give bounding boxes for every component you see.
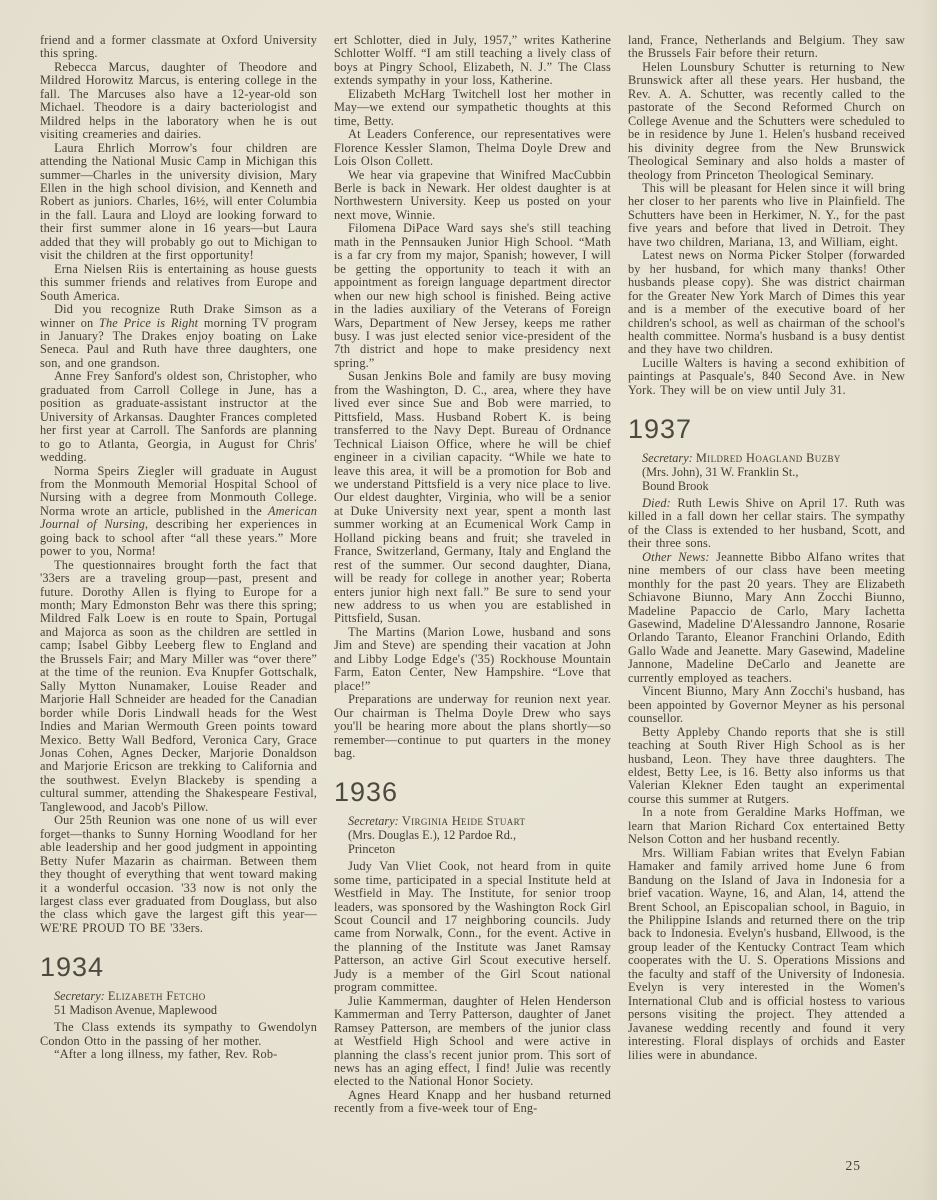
smallcaps-name: Virginia Heide Stuart — [402, 814, 526, 828]
italic-run: The Price is Right — [99, 316, 198, 330]
text-run: This will be pleasant for Helen since it… — [628, 181, 905, 249]
paragraph: Vincent Biunno, Mary Ann Zocchi's husban… — [628, 685, 905, 725]
text-run: Bound Brook — [642, 479, 709, 493]
secretary-line: Princeton — [334, 843, 611, 857]
secretary-line: 51 Madison Avenue, Maplewood — [40, 1004, 317, 1018]
secretary-block: Secretary: Elizabeth Fetcho51 Madison Av… — [40, 990, 317, 1018]
paragraph: Laura Ehrlich Morrow's four children are… — [40, 142, 317, 263]
year-heading-1937: 1937 — [628, 414, 905, 445]
paragraph: Susan Jenkins Bole and family are busy m… — [334, 370, 611, 626]
paragraph: The Class extends its sympathy to Gwendo… — [40, 1021, 317, 1048]
paragraph: Rebecca Marcus, daughter of Theodore and… — [40, 61, 317, 142]
paragraph: Erna Nielsen Riis is entertaining as hou… — [40, 263, 317, 303]
text-run: Anne Frey Sanford's oldest son, Christop… — [40, 369, 317, 464]
paragraph: Judy Van Vliet Cook, not heard from in q… — [334, 860, 611, 995]
paragraph: Filomena DiPace Ward says she's still te… — [334, 222, 611, 370]
paragraph: Did you recognize Ruth Drake Simson as a… — [40, 303, 317, 370]
text-run: land, France, Netherlands and Belgium. T… — [628, 33, 905, 60]
italic-run: Other News: — [642, 550, 716, 564]
page-edge-shade — [921, 0, 937, 1200]
text-run: Preparations are underway for reunion ne… — [334, 692, 611, 760]
italic-run: Secretary: — [642, 451, 696, 465]
smallcaps-name: Mildred Hoagland Buzby — [696, 451, 841, 465]
text-run: We hear via grapevine that Winifred MacC… — [334, 168, 611, 222]
text-run: 51 Madison Avenue, Maplewood — [54, 1003, 217, 1017]
text-run: Helen Lounsbury Schutter is returning to… — [628, 60, 905, 182]
secretary-line: (Mrs. Douglas E.), 12 Pardoe Rd., — [334, 829, 611, 843]
smallcaps-name: Elizabeth Fetcho — [108, 989, 206, 1003]
paragraph: Mrs. William Fabian writes that Evelyn F… — [628, 847, 905, 1062]
paragraph: The questionnaires brought forth the fac… — [40, 559, 317, 815]
text-run: Our 25th Reunion was one none of us will… — [40, 813, 317, 935]
text-run: (Mrs. Douglas E.), 12 Pardoe Rd., — [348, 828, 516, 842]
text-run: Lucille Walters is having a second exhib… — [628, 356, 905, 397]
paragraph: Helen Lounsbury Schutter is returning to… — [628, 61, 905, 182]
text-run: Princeton — [348, 842, 395, 856]
paragraph: Agnes Heard Knapp and her husband return… — [334, 1089, 611, 1116]
paragraph: Died: Ruth Lewis Shive on April 17. Ruth… — [628, 497, 905, 551]
text-run: Judy Van Vliet Cook, not heard from in q… — [334, 859, 611, 994]
text-run: Jeannette Bibbo Alfano writes that nine … — [628, 550, 905, 685]
italic-run: Secretary: — [54, 989, 108, 1003]
paragraph: At Leaders Conference, our representativ… — [334, 128, 611, 168]
text-run: (Mrs. John), 31 W. Franklin St., — [642, 465, 798, 479]
year-heading-1934: 1934 — [40, 952, 317, 983]
secretary-block: Secretary: Virginia Heide Stuart(Mrs. Do… — [334, 815, 611, 857]
paragraph: We hear via grapevine that Winifred MacC… — [334, 169, 611, 223]
text-run: Betty Appleby Chando reports that she is… — [628, 725, 905, 806]
secretary-line: Secretary: Elizabeth Fetcho — [40, 990, 317, 1004]
paragraph: Our 25th Reunion was one none of us will… — [40, 814, 317, 935]
secretary-line: Bound Brook — [628, 480, 905, 494]
page-number: 25 — [846, 1158, 862, 1174]
paragraph: Latest news on Norma Picker Stolper (for… — [628, 249, 905, 357]
text-run: Julie Kammerman, daughter of Helen Hende… — [334, 994, 611, 1089]
text-run: ert Schlotter, died in July, 1957,” writ… — [334, 33, 611, 87]
magazine-page: friend and a former classmate at Oxford … — [0, 0, 937, 1200]
text-run: “After a long illness, my father, Rev. R… — [54, 1047, 277, 1061]
text-run: Filomena DiPace Ward says she's still te… — [334, 221, 611, 370]
text-run: Vincent Biunno, Mary Ann Zocchi's husban… — [628, 684, 905, 725]
text-run: Susan Jenkins Bole and family are busy m… — [334, 369, 611, 625]
paragraph: Preparations are underway for reunion ne… — [334, 693, 611, 760]
text-run: The questionnaires brought forth the fac… — [40, 558, 317, 814]
paragraph: Norma Speirs Ziegler will graduate in Au… — [40, 465, 317, 559]
text-run: In a note from Geraldine Marks Hoffman, … — [628, 805, 905, 846]
text-run: Mrs. William Fabian writes that Evelyn F… — [628, 846, 905, 1062]
text-run: Elizabeth McHarg Twitchell lost her moth… — [334, 87, 611, 128]
paragraph: Anne Frey Sanford's oldest son, Christop… — [40, 370, 317, 464]
italic-run: Secretary: — [348, 814, 402, 828]
text-run: Rebecca Marcus, daughter of Theodore and… — [40, 60, 317, 141]
text-columns: friend and a former classmate at Oxford … — [40, 34, 906, 1116]
text-run: The Martins (Marion Lowe, husband and so… — [334, 625, 611, 693]
year-heading-1936: 1936 — [334, 777, 611, 808]
paragraph: This will be pleasant for Helen since it… — [628, 182, 905, 249]
italic-run: Died: — [642, 496, 677, 510]
paragraph: land, France, Netherlands and Belgium. T… — [628, 34, 905, 61]
text-run: The Class extends its sympathy to Gwendo… — [40, 1020, 317, 1047]
text-run: Laura Ehrlich Morrow's four children are… — [40, 141, 317, 263]
text-run: Agnes Heard Knapp and her husband return… — [334, 1088, 611, 1115]
paragraph: Lucille Walters is having a second exhib… — [628, 357, 905, 397]
text-run: At Leaders Conference, our representativ… — [334, 127, 611, 168]
secretary-line: Secretary: Virginia Heide Stuart — [334, 815, 611, 829]
secretary-line: Secretary: Mildred Hoagland Buzby — [628, 452, 905, 466]
text-run: friend and a former classmate at Oxford … — [40, 33, 317, 60]
paragraph: The Martins (Marion Lowe, husband and so… — [334, 626, 611, 693]
paragraph: Betty Appleby Chando reports that she is… — [628, 726, 905, 807]
paragraph: Julie Kammerman, daughter of Helen Hende… — [334, 995, 611, 1089]
paragraph: ert Schlotter, died in July, 1957,” writ… — [334, 34, 611, 88]
text-run: Erna Nielsen Riis is entertaining as hou… — [40, 262, 317, 303]
text-column-middle: ert Schlotter, died in July, 1957,” writ… — [334, 34, 611, 1116]
paragraph: In a note from Geraldine Marks Hoffman, … — [628, 806, 905, 846]
text-column-left: friend and a former classmate at Oxford … — [40, 34, 317, 1116]
paragraph: Elizabeth McHarg Twitchell lost her moth… — [334, 88, 611, 128]
text-column-right: land, France, Netherlands and Belgium. T… — [628, 34, 905, 1116]
paragraph: Other News: Jeannette Bibbo Alfano write… — [628, 551, 905, 686]
paragraph: “After a long illness, my father, Rev. R… — [40, 1048, 317, 1061]
text-run: Latest news on Norma Picker Stolper (for… — [628, 248, 905, 356]
paragraph: friend and a former classmate at Oxford … — [40, 34, 317, 61]
secretary-block: Secretary: Mildred Hoagland Buzby(Mrs. J… — [628, 452, 905, 494]
secretary-line: (Mrs. John), 31 W. Franklin St., — [628, 466, 905, 480]
